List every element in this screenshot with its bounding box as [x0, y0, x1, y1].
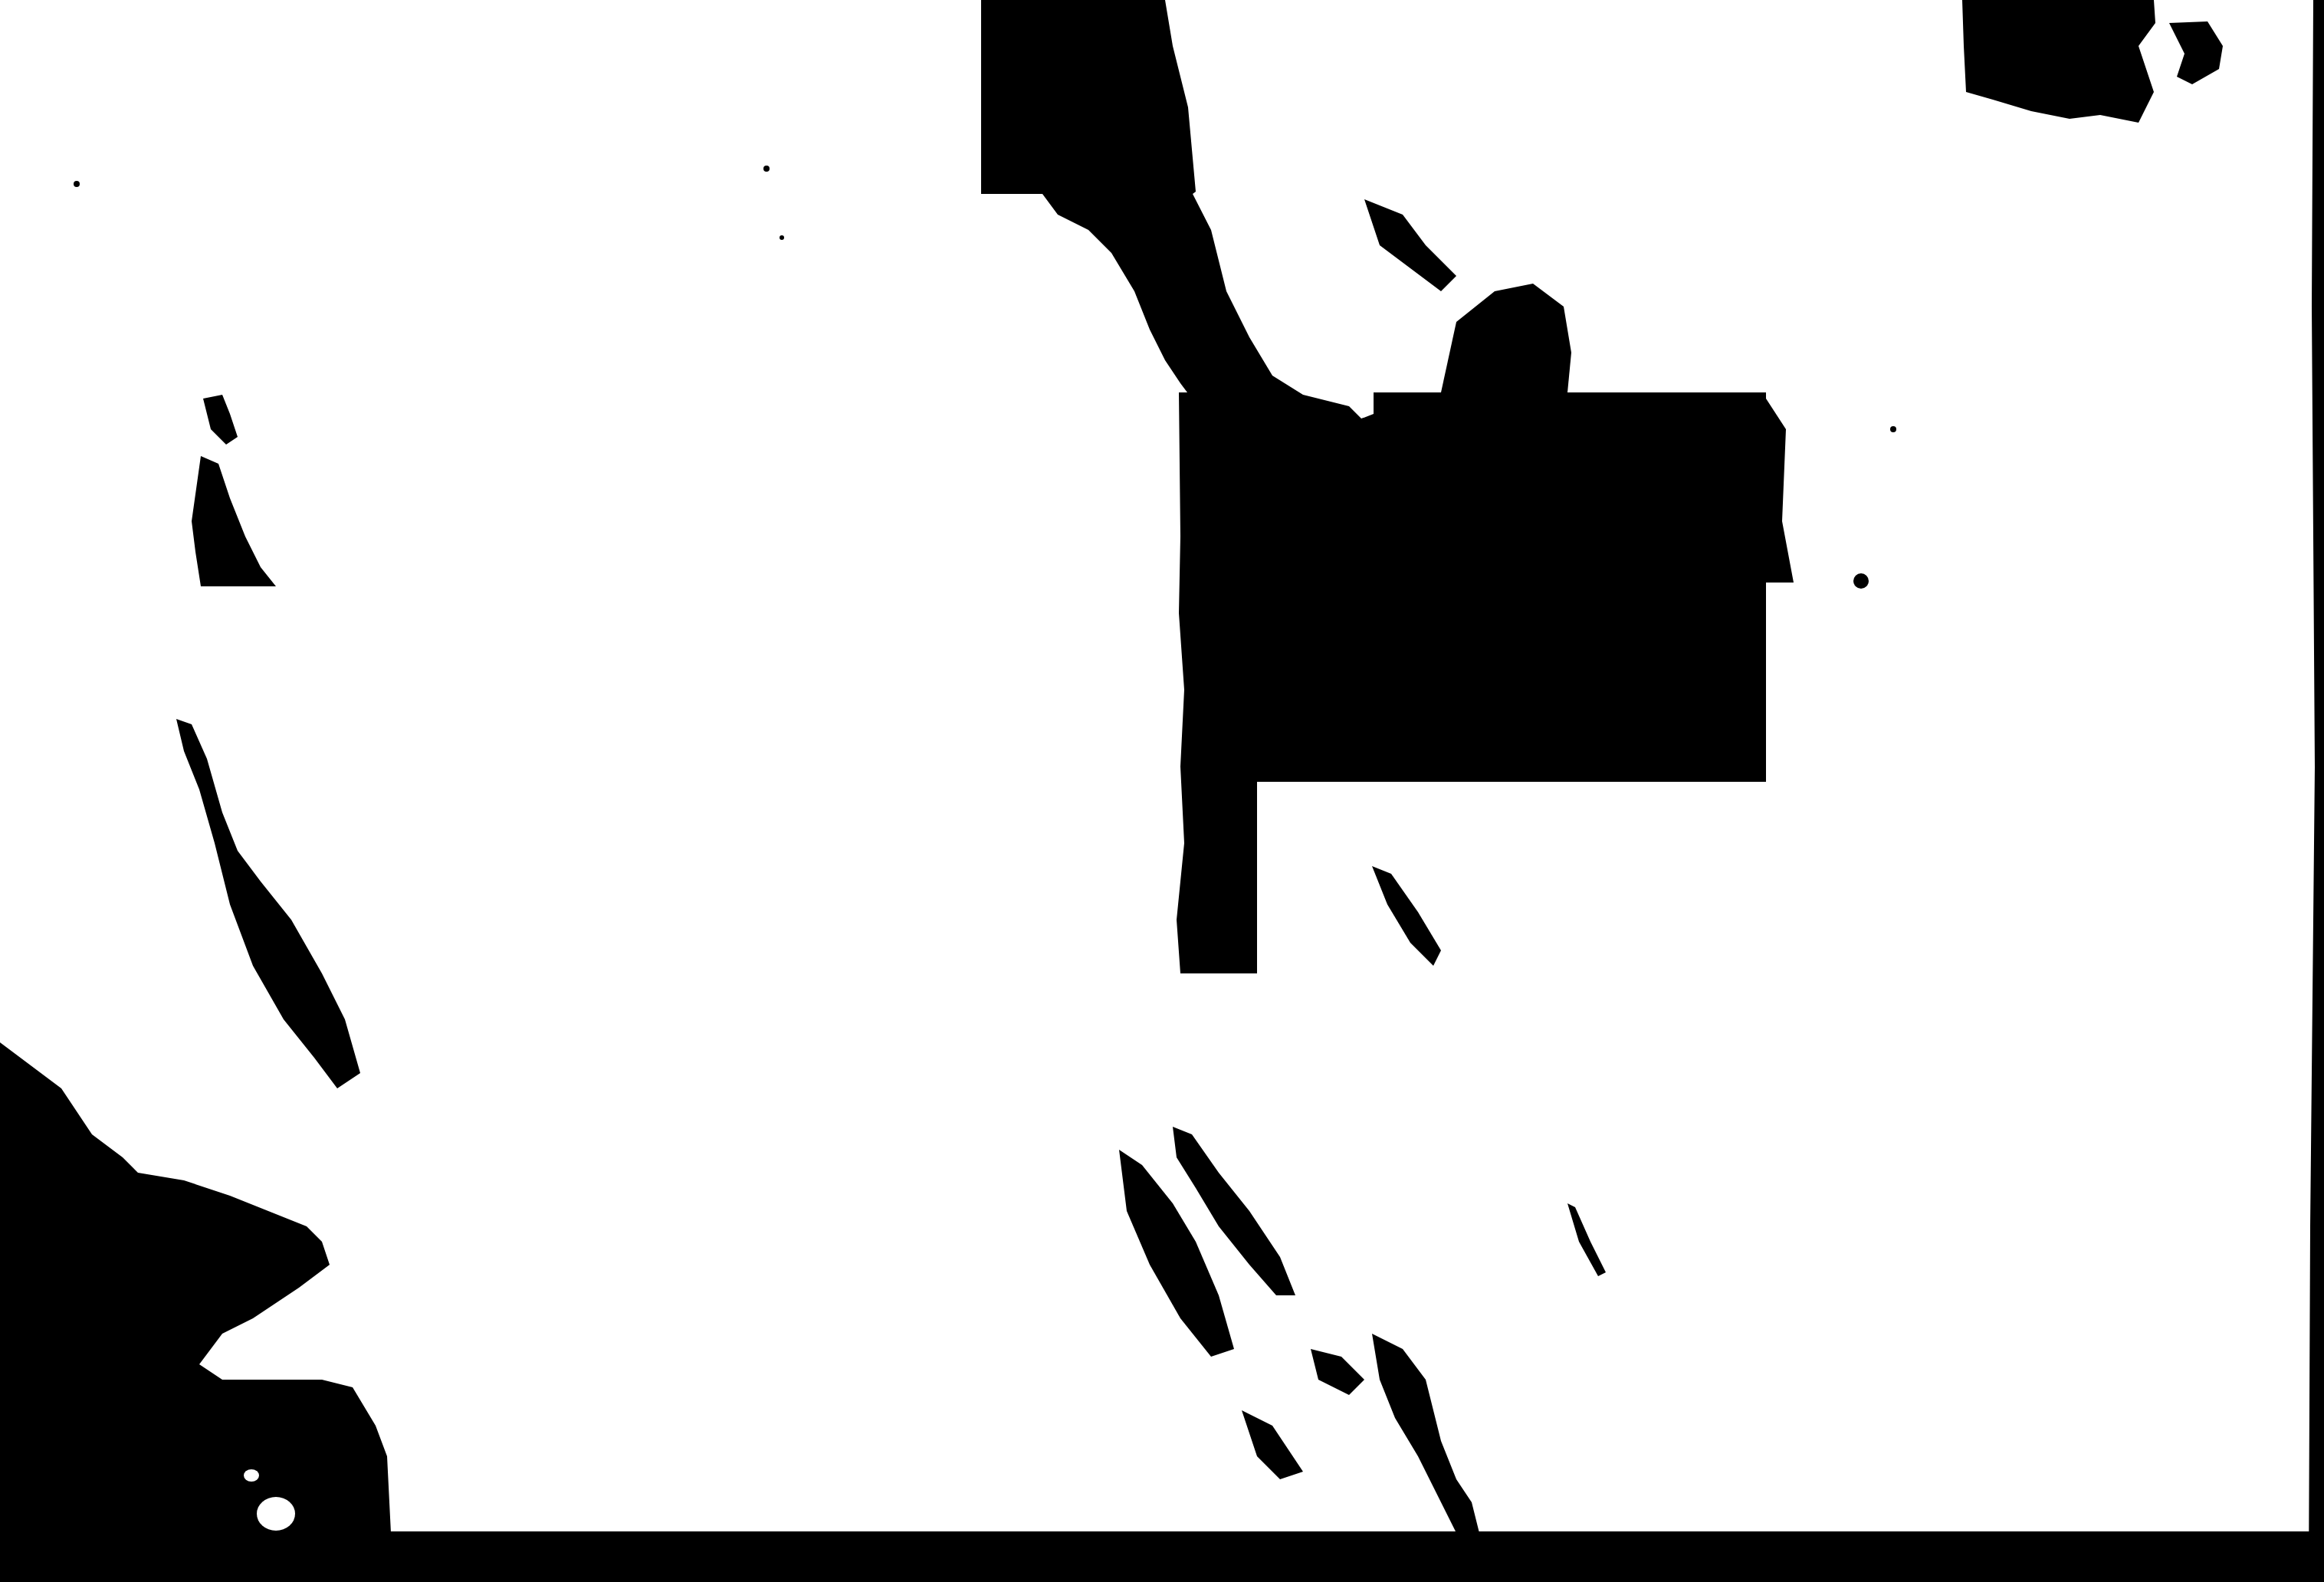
- hole-3: [1567, 917, 1576, 923]
- hole-2: [244, 1469, 259, 1482]
- bottom-border: [0, 1531, 2324, 1582]
- dot-5: [780, 235, 784, 240]
- dot-3: [74, 181, 80, 187]
- dot-6: [1890, 426, 1896, 432]
- binary-map-mask: [0, 0, 2324, 1582]
- hole-1: [257, 1497, 295, 1531]
- dot-2: [1131, 1173, 1153, 1195]
- dot-1: [1853, 573, 1869, 589]
- dot-4: [763, 166, 770, 172]
